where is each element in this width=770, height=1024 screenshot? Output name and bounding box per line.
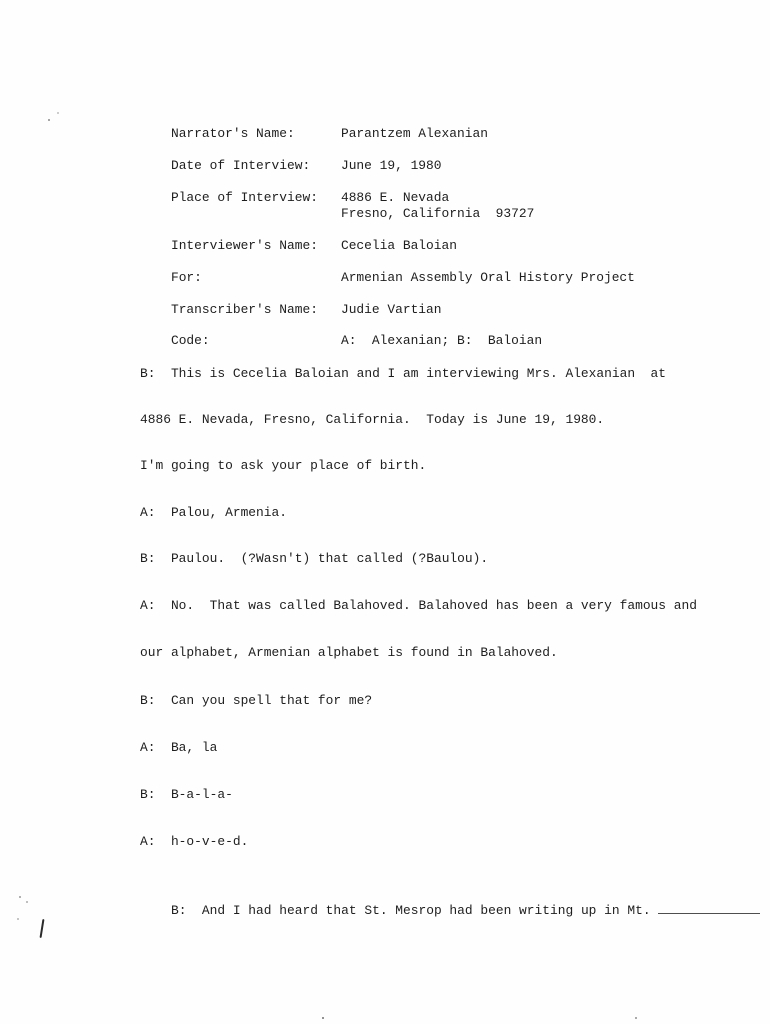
transcript-line: A: Ba, la <box>140 740 217 756</box>
blank-fill-in-underline <box>658 901 760 914</box>
meta-label-project: For: <box>171 270 341 286</box>
meta-label-narrator-name: Narrator's Name: <box>171 126 341 142</box>
transcript-line-text: B: And I had heard that St. Mesrop had b… <box>171 903 658 918</box>
scan-speck <box>635 1017 637 1019</box>
meta-label-interview-place: Place of Interview: <box>171 190 341 206</box>
scanned-transcript-page: Narrator's Name:Parantzem Alexanian Date… <box>0 0 770 1024</box>
scan-speck <box>17 918 19 920</box>
transcript-line: A: No. That was called Balahoved. Balaho… <box>140 598 697 614</box>
scan-speck <box>48 119 50 121</box>
meta-value-narrator-name: Parantzem Alexanian <box>341 126 488 142</box>
meta-row-speaker-code: Code:A: Alexanian; B: Baloian <box>140 317 542 365</box>
meta-value-interview-place: 4886 E. Nevada Fresno, California 93727 <box>341 190 534 222</box>
transcript-line: B: Paulou. (?Wasn't) that called (?Baulo… <box>140 551 488 567</box>
meta-value-speaker-code: A: Alexanian; B: Baloian <box>341 333 542 349</box>
meta-value-interviewer-name: Cecelia Baloian <box>341 238 457 254</box>
transcript-line: B: This is Cecelia Baloian and I am inte… <box>140 366 666 382</box>
transcript-line: B: B-a-l-a- <box>140 787 233 803</box>
meta-label-speaker-code: Code: <box>171 333 341 349</box>
transcript-line: our alphabet, Armenian alphabet is found… <box>140 645 558 661</box>
handwritten-slash-mark <box>40 919 45 938</box>
transcript-line: A: Palou, Armenia. <box>140 505 287 521</box>
scan-speck <box>19 896 21 898</box>
transcript-line: B: Can you spell that for me? <box>140 693 372 709</box>
meta-value-interview-date: June 19, 1980 <box>341 158 442 174</box>
scan-speck <box>57 112 59 114</box>
meta-label-transcriber-name: Transcriber's Name: <box>171 302 341 318</box>
scan-speck <box>26 901 28 903</box>
transcript-line: I'm going to ask your place of birth. <box>140 458 426 474</box>
scan-speck <box>322 1017 324 1019</box>
meta-value-project: Armenian Assembly Oral History Project <box>341 270 635 286</box>
transcript-line-last: B: And I had heard that St. Mesrop had b… <box>140 885 760 935</box>
meta-value-transcriber-name: Judie Vartian <box>341 302 442 318</box>
transcript-line: 4886 E. Nevada, Fresno, California. Toda… <box>140 412 604 428</box>
meta-label-interviewer-name: Interviewer's Name: <box>171 238 341 254</box>
transcript-line: A: h-o-v-e-d. <box>140 834 248 850</box>
meta-label-interview-date: Date of Interview: <box>171 158 341 174</box>
